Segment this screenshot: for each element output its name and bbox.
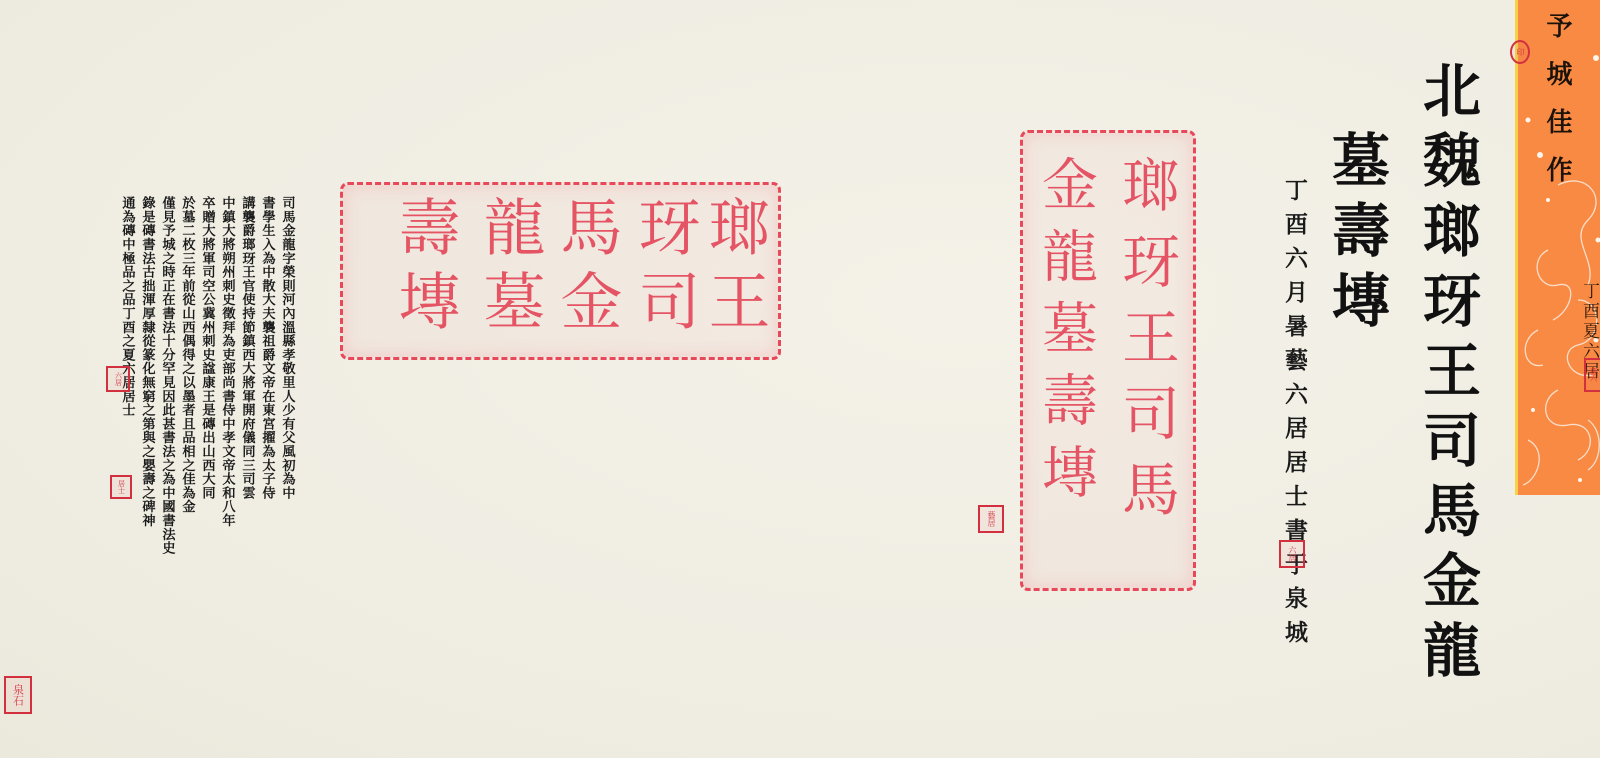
colophon-bottom-seal: 居士 [110,475,132,499]
colophon-column-2: 書學生入為中散大夫襲祖爵文帝在東宮擢為太子侍 [256,196,278,500]
title-top-seal: 印 [1510,40,1530,64]
colophon-column-3: 講襲爵瑯玡王官使持節鎮西大將軍開府儀同三司雲 [236,196,258,500]
title-column-2: 墓壽塼 [1327,130,1385,340]
banner-seal: 藝六 [1584,358,1600,392]
horizontal-rubbing-column-5: 壽塼 [393,195,455,343]
inscription-seal: 六居 [1279,540,1305,568]
vertical-rubbing-column-1: 瑯玡王司馬 [1117,155,1175,535]
rubbing-side-seal: 藝居 [978,505,1004,533]
horizontal-rubbing-column-1: 瑯王 [703,195,765,343]
colophon-column-5: 卒贈大將軍司空公冀州刺史諡康王是磚出山西大同 [196,196,218,500]
vertical-brick-rubbing: 瑯玡王司馬 金龍墓壽塼 [1020,130,1196,591]
banner-title: 予城佳作 [1544,12,1570,204]
horizontal-rubbing-column-3: 馬金 [555,195,617,343]
inscription-text: 丁酉六月暑藝六居居士書于泉城 [1283,178,1306,654]
colophon-column-7: 僅見予城之時正在書法十分罕見因此甚書法之為中國書法史 [156,196,178,555]
colophon-column-6: 於墓二枚三年前從山西偶得之以墨者且品相之佳為金 [176,196,198,513]
corner-seal: 泉石 [4,676,32,714]
horizontal-brick-rubbing: 瑯王 玡司 馬金 龍墓 壽塼 [340,182,781,360]
colophon-column-8: 錄是磚書法古拙渾厚隸從篆化無窮之第與之嬰壽之碑神 [136,196,158,527]
colophon-column-1: 司馬金龍字榮則河內溫縣孝敬里人少有父風初為中 [276,196,298,500]
horizontal-rubbing-column-4: 龍墓 [478,195,540,343]
colophon-top-seal: 六居 [106,366,130,392]
title-column-1: 北魏瑯玡王司馬金龍 [1418,60,1476,690]
horizontal-rubbing-column-2: 玡司 [633,195,695,343]
colophon-column-4: 中鎮大將朔州刺史徵拜為吏部尚書侍中孝文帝太和八年 [216,196,238,527]
orange-banner: 予城佳作 丁酉夏六居 藝六 [1515,0,1600,495]
vertical-rubbing-column-2: 金龍墓壽塼 [1037,155,1093,515]
